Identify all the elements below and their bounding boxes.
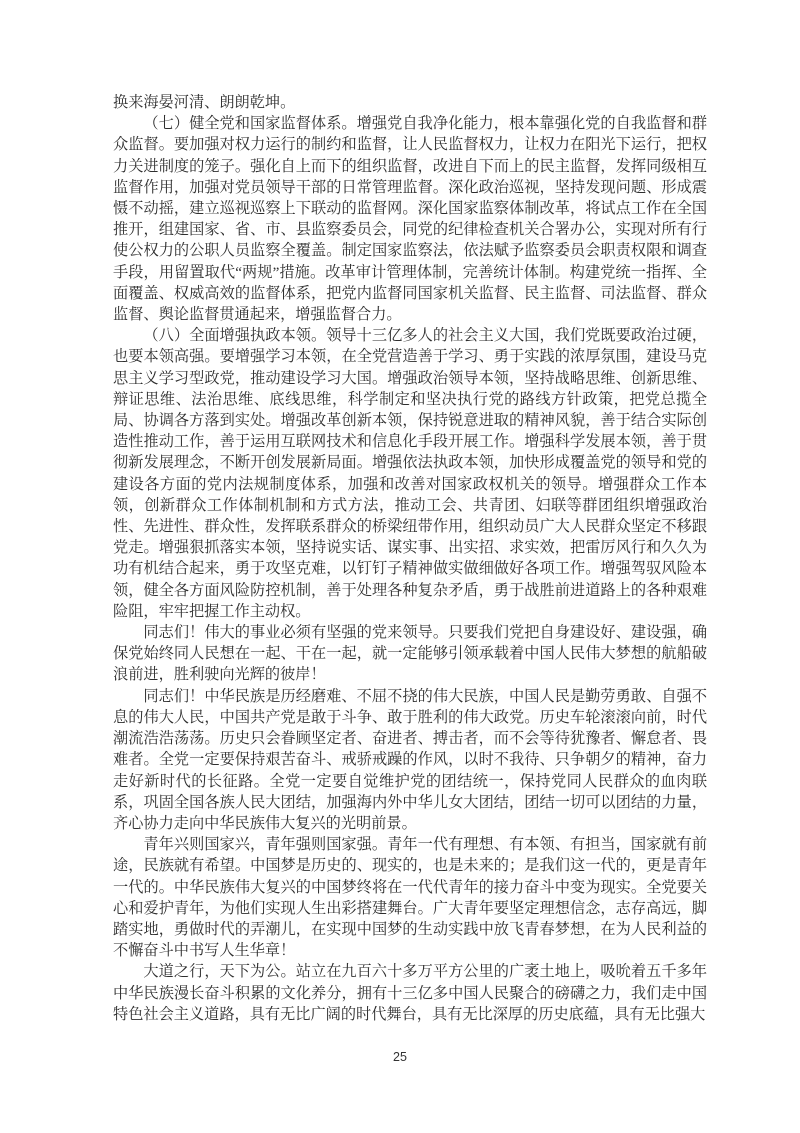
page-number: 25: [393, 1050, 407, 1064]
document-page: 换来海晏河清、朗朗乾坤。 （七）健全党和国家监督体系。增强党自我净化能力，根本靠…: [0, 0, 800, 1133]
document-text-block: 换来海晏河清、朗朗乾坤。 （七）健全党和国家监督体系。增强党自我净化能力，根本靠…: [113, 92, 707, 1025]
paragraph: 同志们！中华民族是历经磨难、不屈不挠的伟大民族，中国人民是勤劳勇敢、自强不息的伟…: [113, 686, 707, 834]
paragraph: 换来海晏河清、朗朗乾坤。: [113, 92, 707, 113]
page-footer: 25: [0, 1049, 800, 1065]
paragraph: （八）全面增强执政本领。领导十三亿多人的社会主义大国，我们党既要政治过硬，也要本…: [113, 325, 707, 622]
paragraph: 青年兴则国家兴，青年强则国家强。青年一代有理想、有本领、有担当，国家就有前途，民…: [113, 834, 707, 961]
paragraph: （七）健全党和国家监督体系。增强党自我净化能力，根本靠强化党的自我监督和群众监督…: [113, 113, 707, 325]
paragraph: 大道之行，天下为公。站立在九百六十多万平方公里的广袤土地上，吸吮着五千多年中华民…: [113, 961, 707, 1025]
paragraph: 同志们！伟大的事业必须有坚强的党来领导。只要我们党把自身建设好、建设强，确保党始…: [113, 622, 707, 686]
